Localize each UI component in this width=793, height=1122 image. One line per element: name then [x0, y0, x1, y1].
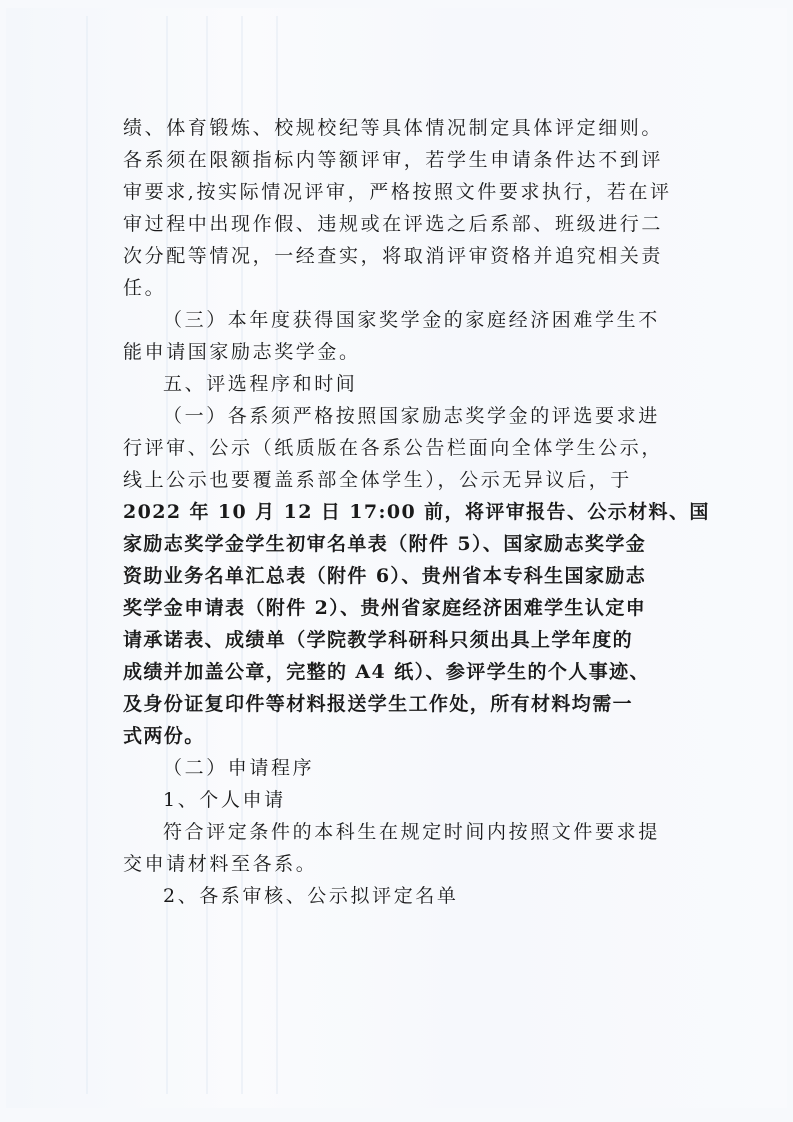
text-line: 审过程中出现作假、违规或在评选之后系部、班级进行二: [123, 208, 683, 240]
text-line: 能申请国家励志奖学金。: [123, 336, 683, 368]
text-line: 各系须在限额指标内等额评审，若学生申请条件达不到评: [123, 144, 683, 176]
text-line: （一）各系须严格按照国家励志奖学金的评选要求进: [123, 400, 683, 432]
body-text: 绩、体育锻炼、校规校纪等具体情况制定具体评定细则。 各系须在限额指标内等额评审，…: [123, 112, 683, 912]
text-line: 任。: [123, 272, 683, 304]
text-line-bold: 及身份证复印件等材料报送学生工作处，所有材料均需一: [123, 688, 683, 720]
text-line: 线上公示也要覆盖系部全体学生），公示无异议后，于: [123, 464, 683, 496]
text-line: 次分配等情况，一经查实，将取消评审资格并追究相关责: [123, 240, 683, 272]
text-line: 审要求,按实际情况评审，严格按照文件要求执行，若在评: [123, 176, 683, 208]
text-line-bold: 奖学金申请表（附件 2）、贵州省家庭经济困难学生认定申: [123, 592, 683, 624]
list-heading: 1、个人申请: [123, 784, 683, 816]
document-page: 绩、体育锻炼、校规校纪等具体情况制定具体评定细则。 各系须在限额指标内等额评审，…: [6, 8, 787, 1108]
text-line: （三）本年度获得国家奖学金的家庭经济困难学生不: [123, 304, 683, 336]
text-line-bold: 资助业务名单汇总表（附件 6）、贵州省本专科生国家励志: [123, 560, 683, 592]
text-line: 行评审、公示（纸质版在各系公告栏面向全体学生公示，: [123, 432, 683, 464]
text-line-bold: 式两份。: [123, 720, 683, 752]
list-heading: 2、各系审核、公示拟评定名单: [123, 880, 683, 912]
text-line-bold: 请承诺表、成绩单（学院教学科研科只须出具上学年度的: [123, 624, 683, 656]
text-line-bold: 家励志奖学金学生初审名单表（附件 5）、国家励志奖学金: [123, 528, 683, 560]
text-line-bold: 成绩并加盖公章，完整的 A4 纸）、参评学生的个人事迹、: [123, 656, 683, 688]
text-line: 交申请材料至各系。: [123, 848, 683, 880]
section-heading: 五、评选程序和时间: [123, 368, 683, 400]
text-line: 符合评定条件的本科生在规定时间内按照文件要求提: [123, 816, 683, 848]
text-line-bold: 2022 年 10 月 12 日 17:00 前，将评审报告、公示材料、国: [123, 496, 683, 528]
text-line: 绩、体育锻炼、校规校纪等具体情况制定具体评定细则。: [123, 112, 683, 144]
subsection-heading: （二）申请程序: [123, 752, 683, 784]
